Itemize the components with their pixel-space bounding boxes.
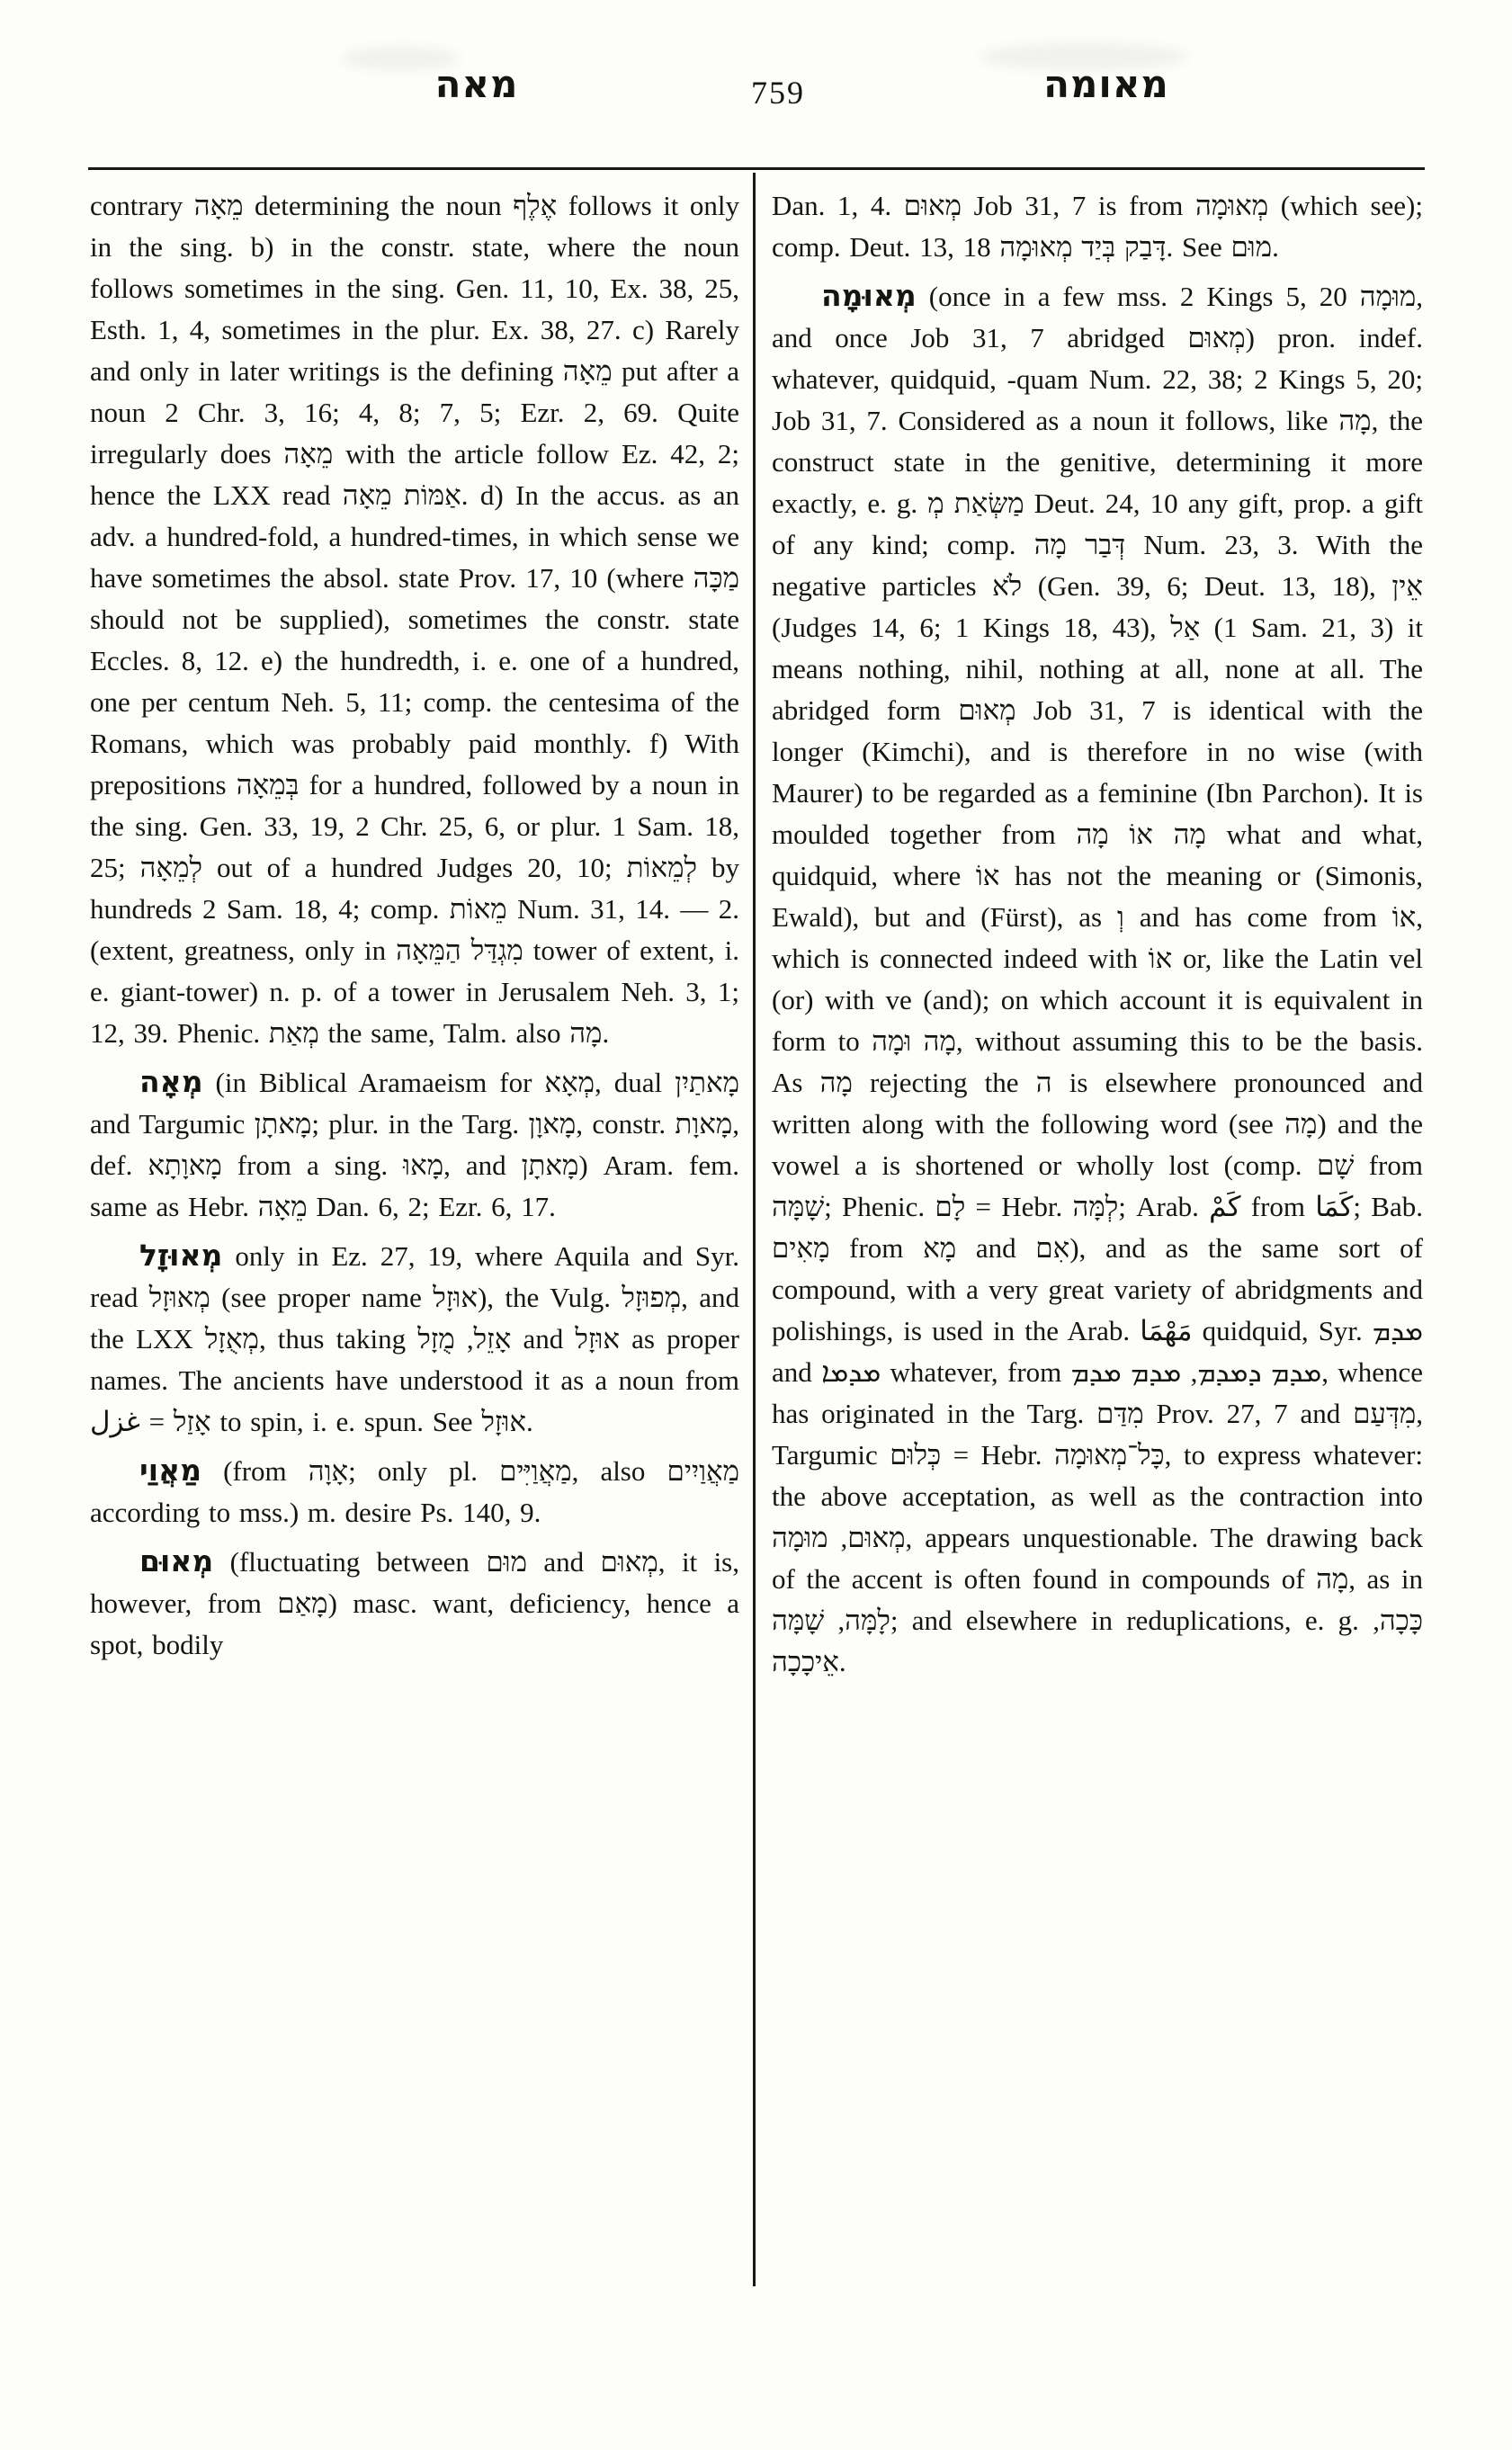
- right-column: Dan. 1, 4. מְאוּם Job 31, 7 is from מְאו…: [772, 185, 1423, 1683]
- entry-headword: מְאוּמָה: [821, 278, 917, 313]
- entry-headword: מְאוּם: [139, 1543, 213, 1578]
- paragraph: מַאֲוַי (from אָוָה; only pl. מַאֲוַיִּי…: [90, 1450, 739, 1533]
- column-divider-rule: [753, 173, 756, 2286]
- paragraph: מְאָה (in Biblical Aramaeism for מְאָא, …: [90, 1061, 739, 1228]
- header-rule: [88, 167, 1425, 170]
- paragraph: מְאוּם (fluctuating between מוּם and מְא…: [90, 1541, 739, 1666]
- paragraph: Dan. 1, 4. מְאוּם Job 31, 7 is from מְאו…: [772, 185, 1423, 268]
- paragraph: מְאוּזָל only in Ez. 27, 19, where Aquil…: [90, 1235, 739, 1443]
- left-column: contrary מֵאָה determining the noun אֶלֶ…: [90, 185, 739, 1666]
- entry-headword: מַאֲוַי: [139, 1453, 201, 1488]
- header-left-catchword: מאה: [387, 63, 567, 106]
- lexicon-page: מאה 759 מאומה contrary מֵאָה determining…: [0, 0, 1512, 2450]
- page-number: 759: [702, 74, 854, 112]
- paragraph: מְאוּמָה (once in a few mss. 2 Kings 5, …: [772, 275, 1423, 1683]
- paragraph: contrary מֵאָה determining the noun אֶלֶ…: [90, 185, 739, 1054]
- entry-headword: מְאָה: [139, 1064, 203, 1099]
- header-right-catchword: מאומה: [980, 63, 1232, 106]
- entry-headword: מְאוּזָל: [139, 1238, 222, 1273]
